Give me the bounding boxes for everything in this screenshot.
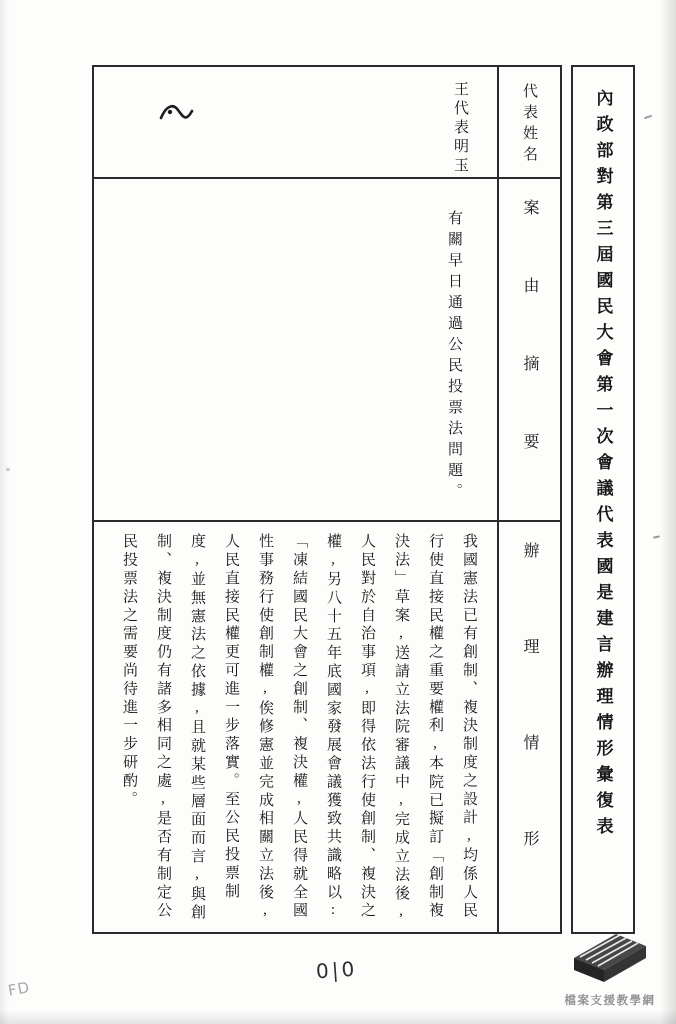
scanned-document-page: 內政部對第三屆國民大會第一次會議代表國是建言辦理情形彙復表 代表姓名 案由摘要 … [0,0,676,1024]
case-summary-text: 有關早日通過公民投票法問題。 [94,179,497,520]
ink-scribble-icon [158,100,196,128]
column-header-handling-status-cell: 辦理情形 [499,522,560,932]
pencil-scribble: FD [7,978,32,1000]
column-header-case-summary-cell: 案由摘要 [499,179,560,520]
scan-edge-bottom [0,1010,676,1024]
watermark-logo: 檔案支援教學網 [548,922,672,1008]
reply-table: 代表姓名 案由摘要 辦理情形 王代表明玉 有關早日通過公民投票法問題。 我國憲法… [92,65,562,934]
column-header-representative-name-cell: 代表姓名 [499,67,560,177]
scan-edge-left [0,0,9,1024]
column-header-handling-status: 辦理情形 [518,522,541,926]
document-title: 內政部對第三屆國民大會第一次會議代表國是建言辦理情形彙復表 [591,67,616,843]
ink-scribble-mark [158,100,196,128]
column-header-representative-name: 代表姓名 [519,67,540,167]
representative-name: 王代表明玉 [94,67,497,177]
column-header-case-summary: 案由摘要 [518,179,541,511]
watermark-site-name: 檔案支援教學網 [565,992,656,1008]
handwritten-page-number: 0|0 [315,957,358,984]
scan-edge-right [660,0,676,1024]
scan-speck [6,468,10,471]
archive-documents-icon [568,922,652,988]
document-title-box: 內政部對第三屆國民大會第一次會議代表國是建言辦理情形彙復表 [571,65,635,934]
scan-speck [644,115,652,119]
handling-status-text: 我國憲法已有創制、複決制度之設計,均係人民行使直接民權之重要權利,本院已擬訂「創… [94,522,497,932]
